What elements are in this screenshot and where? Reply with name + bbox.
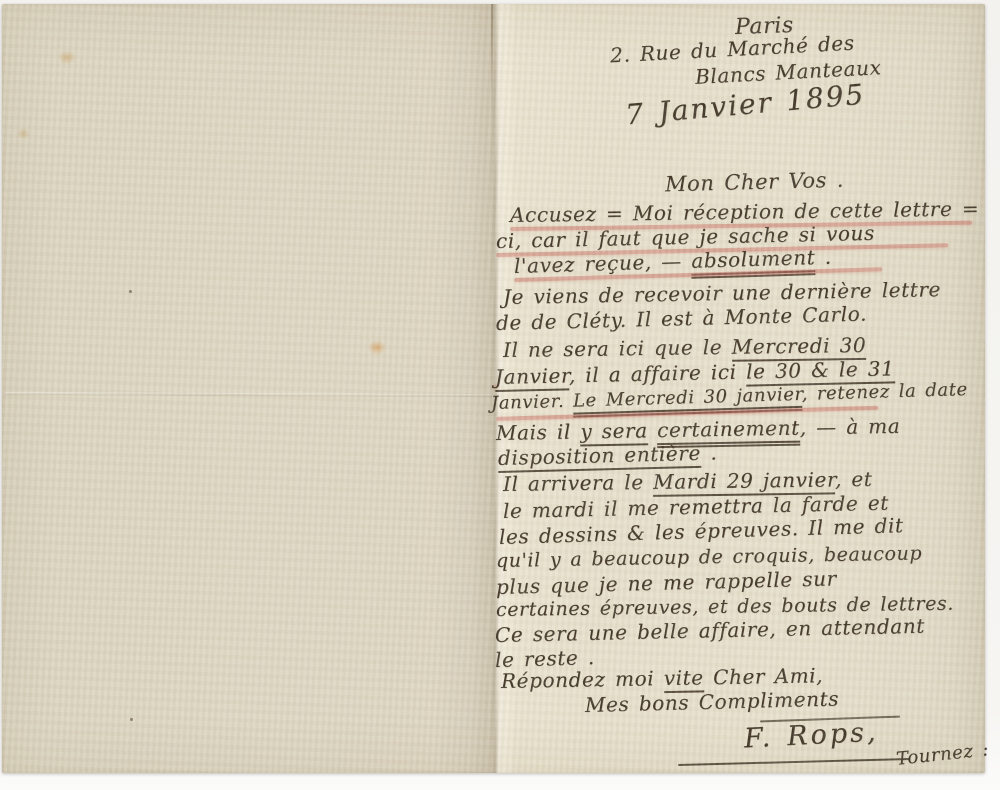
handwritten-line: Mes bons Compliments (585, 687, 840, 717)
phrase: Janvier. (491, 391, 574, 414)
phrase: Répondez moi (501, 666, 664, 693)
letter-body: Accusez = Moi réception de cette lettre … (2, 4, 985, 773)
phrase: . (815, 245, 832, 269)
phrase: , il a affaire ici (569, 360, 747, 388)
phrase: Cher Ami, (703, 663, 823, 689)
phrase: Il arrivera le (503, 470, 653, 496)
handwritten-line: disposition entière . (498, 440, 718, 470)
scan-background: Paris 2. Rue du Marché des Blancs Mantea… (0, 0, 1000, 790)
underlined-phrase: disposition entière (498, 441, 702, 473)
phrase: Mais il (496, 419, 581, 444)
handwritten-line: Accusez = Moi réception de cette lettre … (510, 196, 980, 227)
phrase: , — à ma (800, 414, 901, 440)
phrase: , et (835, 467, 873, 492)
letter-sheet: Paris 2. Rue du Marché des Blancs Mantea… (2, 4, 985, 773)
phrase: Mes bons Compliments (585, 687, 840, 717)
underlined-phrase: Janvier (495, 363, 569, 392)
phrase: Il ne sera ici que le (503, 335, 732, 362)
phrase: . (701, 440, 718, 464)
phrase: , retenez la date (801, 379, 968, 405)
underlined-phrase: vite (663, 665, 703, 693)
